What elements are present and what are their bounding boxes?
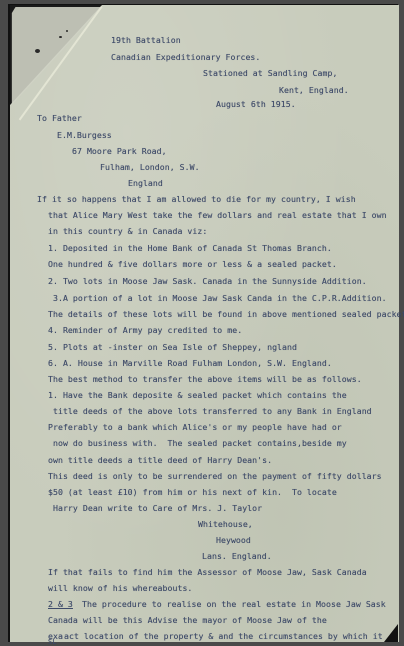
header-force: Canadian Expeditionary Forces.: [111, 52, 260, 62]
header-unit: 19th Battalion: [111, 35, 181, 45]
body-line: One hundred & five dollars more or less …: [48, 259, 337, 269]
addressee-city: Fulham, London, S.W.: [100, 162, 200, 172]
closing-line: act location of the property & and the c…: [64, 631, 383, 641]
secondary-address-line: Lans. England.: [202, 551, 272, 561]
addressee-name: E.M.Burgess: [57, 130, 112, 140]
ink-blot: [35, 49, 40, 53]
body-line: own title deeds a title deed of Harry De…: [48, 455, 272, 465]
body-line: 4. Reminder of Army pay credited to me.: [48, 325, 242, 335]
body-line: The best method to transfer the above it…: [48, 374, 362, 384]
body-line: title deeds of the above lots transferre…: [48, 406, 372, 416]
header-date: August 6th 1915.: [216, 99, 296, 109]
header-location: Kent, England.: [279, 85, 349, 95]
addressee-country: England: [128, 178, 163, 188]
body-line: 1. Deposited in the Home Bank of Canada …: [48, 243, 332, 253]
body-line: now do business with. The sealed packet …: [48, 438, 347, 448]
body-line: $50 (at least £10) from him or his next …: [48, 487, 337, 497]
body-line: Harry Dean write to Care of Mrs. J. Tayl…: [48, 503, 262, 513]
body-line: that Alice Mary West take the few dollar…: [48, 210, 387, 220]
closing-line: Canada will be this Advise the mayor of …: [48, 615, 327, 625]
section-marker: 2 & 3: [48, 599, 73, 609]
letter-page: [10, 5, 399, 642]
body-line: 1. Have the Bank deposite & sealed packe…: [48, 390, 347, 400]
header-station: Stationed at Sandling Camp,: [203, 68, 337, 78]
body-line: 2. Two lots in Moose Jaw Sask. Canada in…: [48, 276, 367, 286]
body-line: 5. Plots at -inster on Sea Isle of Shepp…: [48, 342, 297, 352]
body-line: in this country & in Canada viz:: [48, 226, 207, 236]
body-line: 3.A portion of a lot in Moose Jaw Sask C…: [48, 293, 387, 303]
body-line: Preferably to a bank which Alice's or my…: [48, 422, 342, 432]
body-line: This deed is only to be surrendered on t…: [48, 471, 382, 481]
salutation: To Father: [37, 113, 82, 123]
closing-line: will know of his whereabouts.: [48, 583, 192, 593]
body-line: 6. A. House in Marville Road Fulham Lond…: [48, 358, 332, 368]
margin-mark: SL: [48, 637, 57, 646]
addressee-street: 67 Moore Park Road,: [72, 146, 167, 156]
ink-spot: [66, 30, 68, 32]
body-line: The details of these lots will be found …: [48, 309, 404, 319]
secondary-address-line: Whitehouse,: [198, 519, 253, 529]
body-line: If it so happens that I am allowed to di…: [37, 194, 356, 204]
ink-spot: [59, 36, 62, 38]
secondary-address-line: Heywood: [216, 535, 251, 545]
closing-line: If that fails to find him the Assessor o…: [48, 567, 367, 577]
closing-line: The procedure to realise on the real est…: [82, 599, 386, 609]
